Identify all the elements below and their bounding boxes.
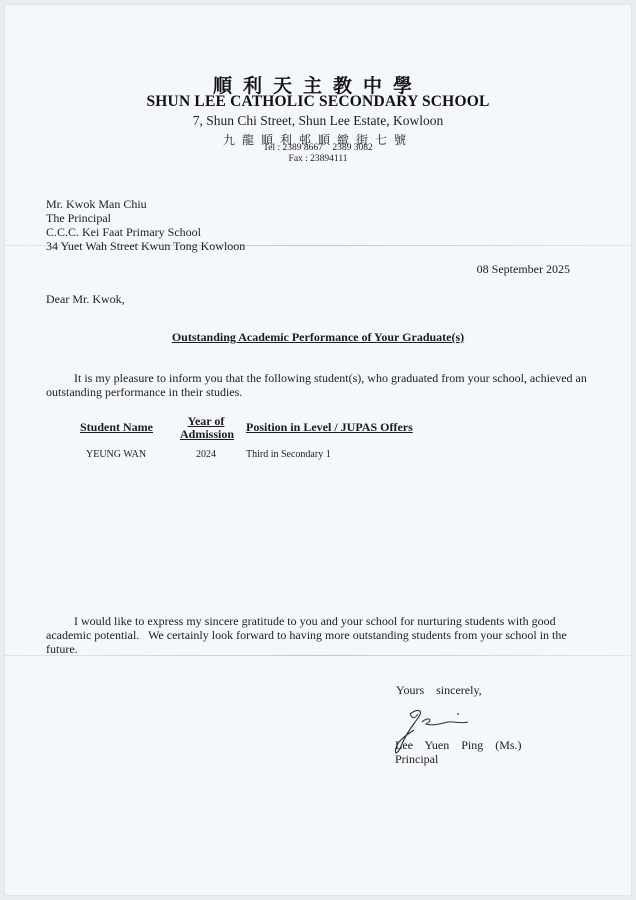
- letter-date: 08 September 2025: [477, 262, 570, 277]
- cell-year: 2024: [180, 449, 232, 460]
- school-telephone: Tel : 2389 8667 2389 3082: [0, 143, 636, 153]
- school-fax: Fax : 23894111: [0, 154, 636, 164]
- recipient-address: 34 Yuet Wah Street Kwun Tong Kowloon: [46, 239, 245, 253]
- salutation: Dear Mr. Kwok,: [46, 292, 125, 307]
- header-student-name: Student Name: [80, 421, 153, 434]
- school-address-english: 7, Shun Chi Street, Shun Lee Estate, Kow…: [0, 113, 636, 129]
- recipient-school: C.C.C. Kei Faat Primary School: [46, 225, 245, 239]
- school-name-english: SHUN LEE CATHOLIC SECONDARY SCHOOL: [0, 93, 636, 111]
- body-paragraph-2: I would like to express my sincere grati…: [46, 614, 594, 656]
- recipient-name: Mr. Kwok Man Chiu: [46, 197, 245, 211]
- recipient-block: Mr. Kwok Man Chiu The Principal C.C.C. K…: [46, 197, 245, 253]
- valediction: Yours sincerely,: [396, 683, 482, 698]
- header-year-of-admission: Year of Admission: [180, 415, 232, 441]
- signer-name: Lee Yuen Ping (Ms.): [395, 738, 522, 753]
- cell-student-name: YEUNG WAN: [86, 449, 146, 460]
- paragraph-text: It is my pleasure to inform you that the…: [46, 371, 587, 399]
- header-position: Position in Level / JUPAS Offers: [246, 421, 413, 434]
- cell-position: Third in Secondary 1: [246, 449, 331, 460]
- header-year-line-2: Admission: [180, 428, 232, 441]
- paragraph-text: I would like to express my sincere grati…: [46, 614, 570, 656]
- recipient-title: The Principal: [46, 211, 245, 225]
- body-paragraph-1: It is my pleasure to inform you that the…: [46, 371, 594, 399]
- letter-subject: Outstanding Academic Performance of Your…: [0, 330, 636, 345]
- signer-title: Principal: [395, 752, 438, 767]
